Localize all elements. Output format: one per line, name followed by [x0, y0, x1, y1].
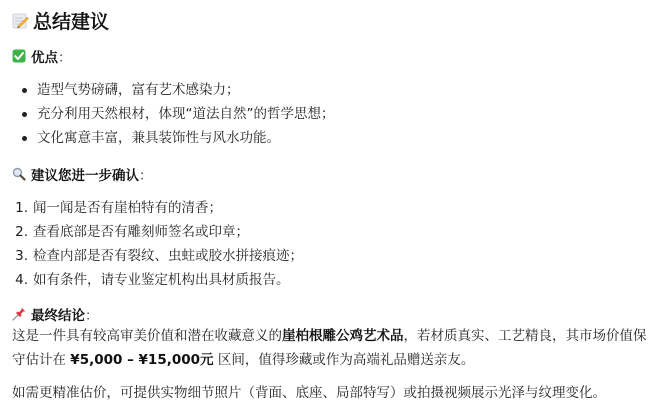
price-range: ¥5,000 – ¥15,000元	[70, 352, 213, 368]
list-item: 1.闻一闻是否有崖柏特有的清香；	[12, 196, 303, 220]
bullet-icon	[22, 112, 27, 117]
artwork-name: 崖柏根雕公鸡艺术品	[282, 328, 404, 344]
heading-title: 总结建议	[33, 7, 109, 34]
conclusion-paragraph: 这是一件具有较高审美价值和潜在收藏意义的崖柏根雕公鸡艺术品，若材质真实、工艺精良…	[12, 324, 652, 372]
list-item: 文化寓意丰富，兼具装饰性与风水功能。	[12, 126, 335, 150]
bullet-icon	[22, 88, 27, 93]
memo-icon	[12, 12, 29, 29]
pros-title-text: 优点	[31, 50, 58, 66]
list-item: 造型气势磅礴，富有艺术感染力；	[12, 78, 335, 102]
footer-note: 如需更精准估价，可提供实物细节照片（背面、底座、局部特写）或拍摄视频展示光泽与纹…	[12, 381, 652, 405]
bullet-icon	[22, 136, 27, 141]
conclusion-title-text: 最终结论	[31, 308, 85, 324]
check-mark-button-icon	[12, 49, 26, 63]
magnifying-glass-icon	[12, 167, 26, 181]
section-heading: 总结建议	[12, 7, 109, 34]
list-item: 3.检查内部是否有裂纹、虫蛀或胶水拼接痕迹；	[12, 244, 303, 268]
list-item: 2.查看底部是否有雕刻师签名或印章；	[12, 220, 303, 244]
confirm-title-text: 建议您进一步确认	[31, 168, 139, 184]
pros-title: 优点：	[12, 46, 72, 66]
list-item: 充分利用天然根材，体现“道法自然”的哲学思想；	[12, 102, 335, 126]
confirm-list: 1.闻一闻是否有崖柏特有的清香； 2.查看底部是否有雕刻师签名或印章； 3.检查…	[12, 196, 303, 292]
pros-list: 造型气势磅礴，富有艺术感染力； 充分利用天然根材，体现“道法自然”的哲学思想； …	[12, 78, 335, 150]
conclusion-title: 最终结论：	[12, 304, 99, 324]
confirm-title: 建议您进一步确认：	[12, 164, 153, 184]
list-item: 4.如有条件，请专业鉴定机构出具材质报告。	[12, 268, 303, 292]
pushpin-icon	[12, 307, 26, 321]
